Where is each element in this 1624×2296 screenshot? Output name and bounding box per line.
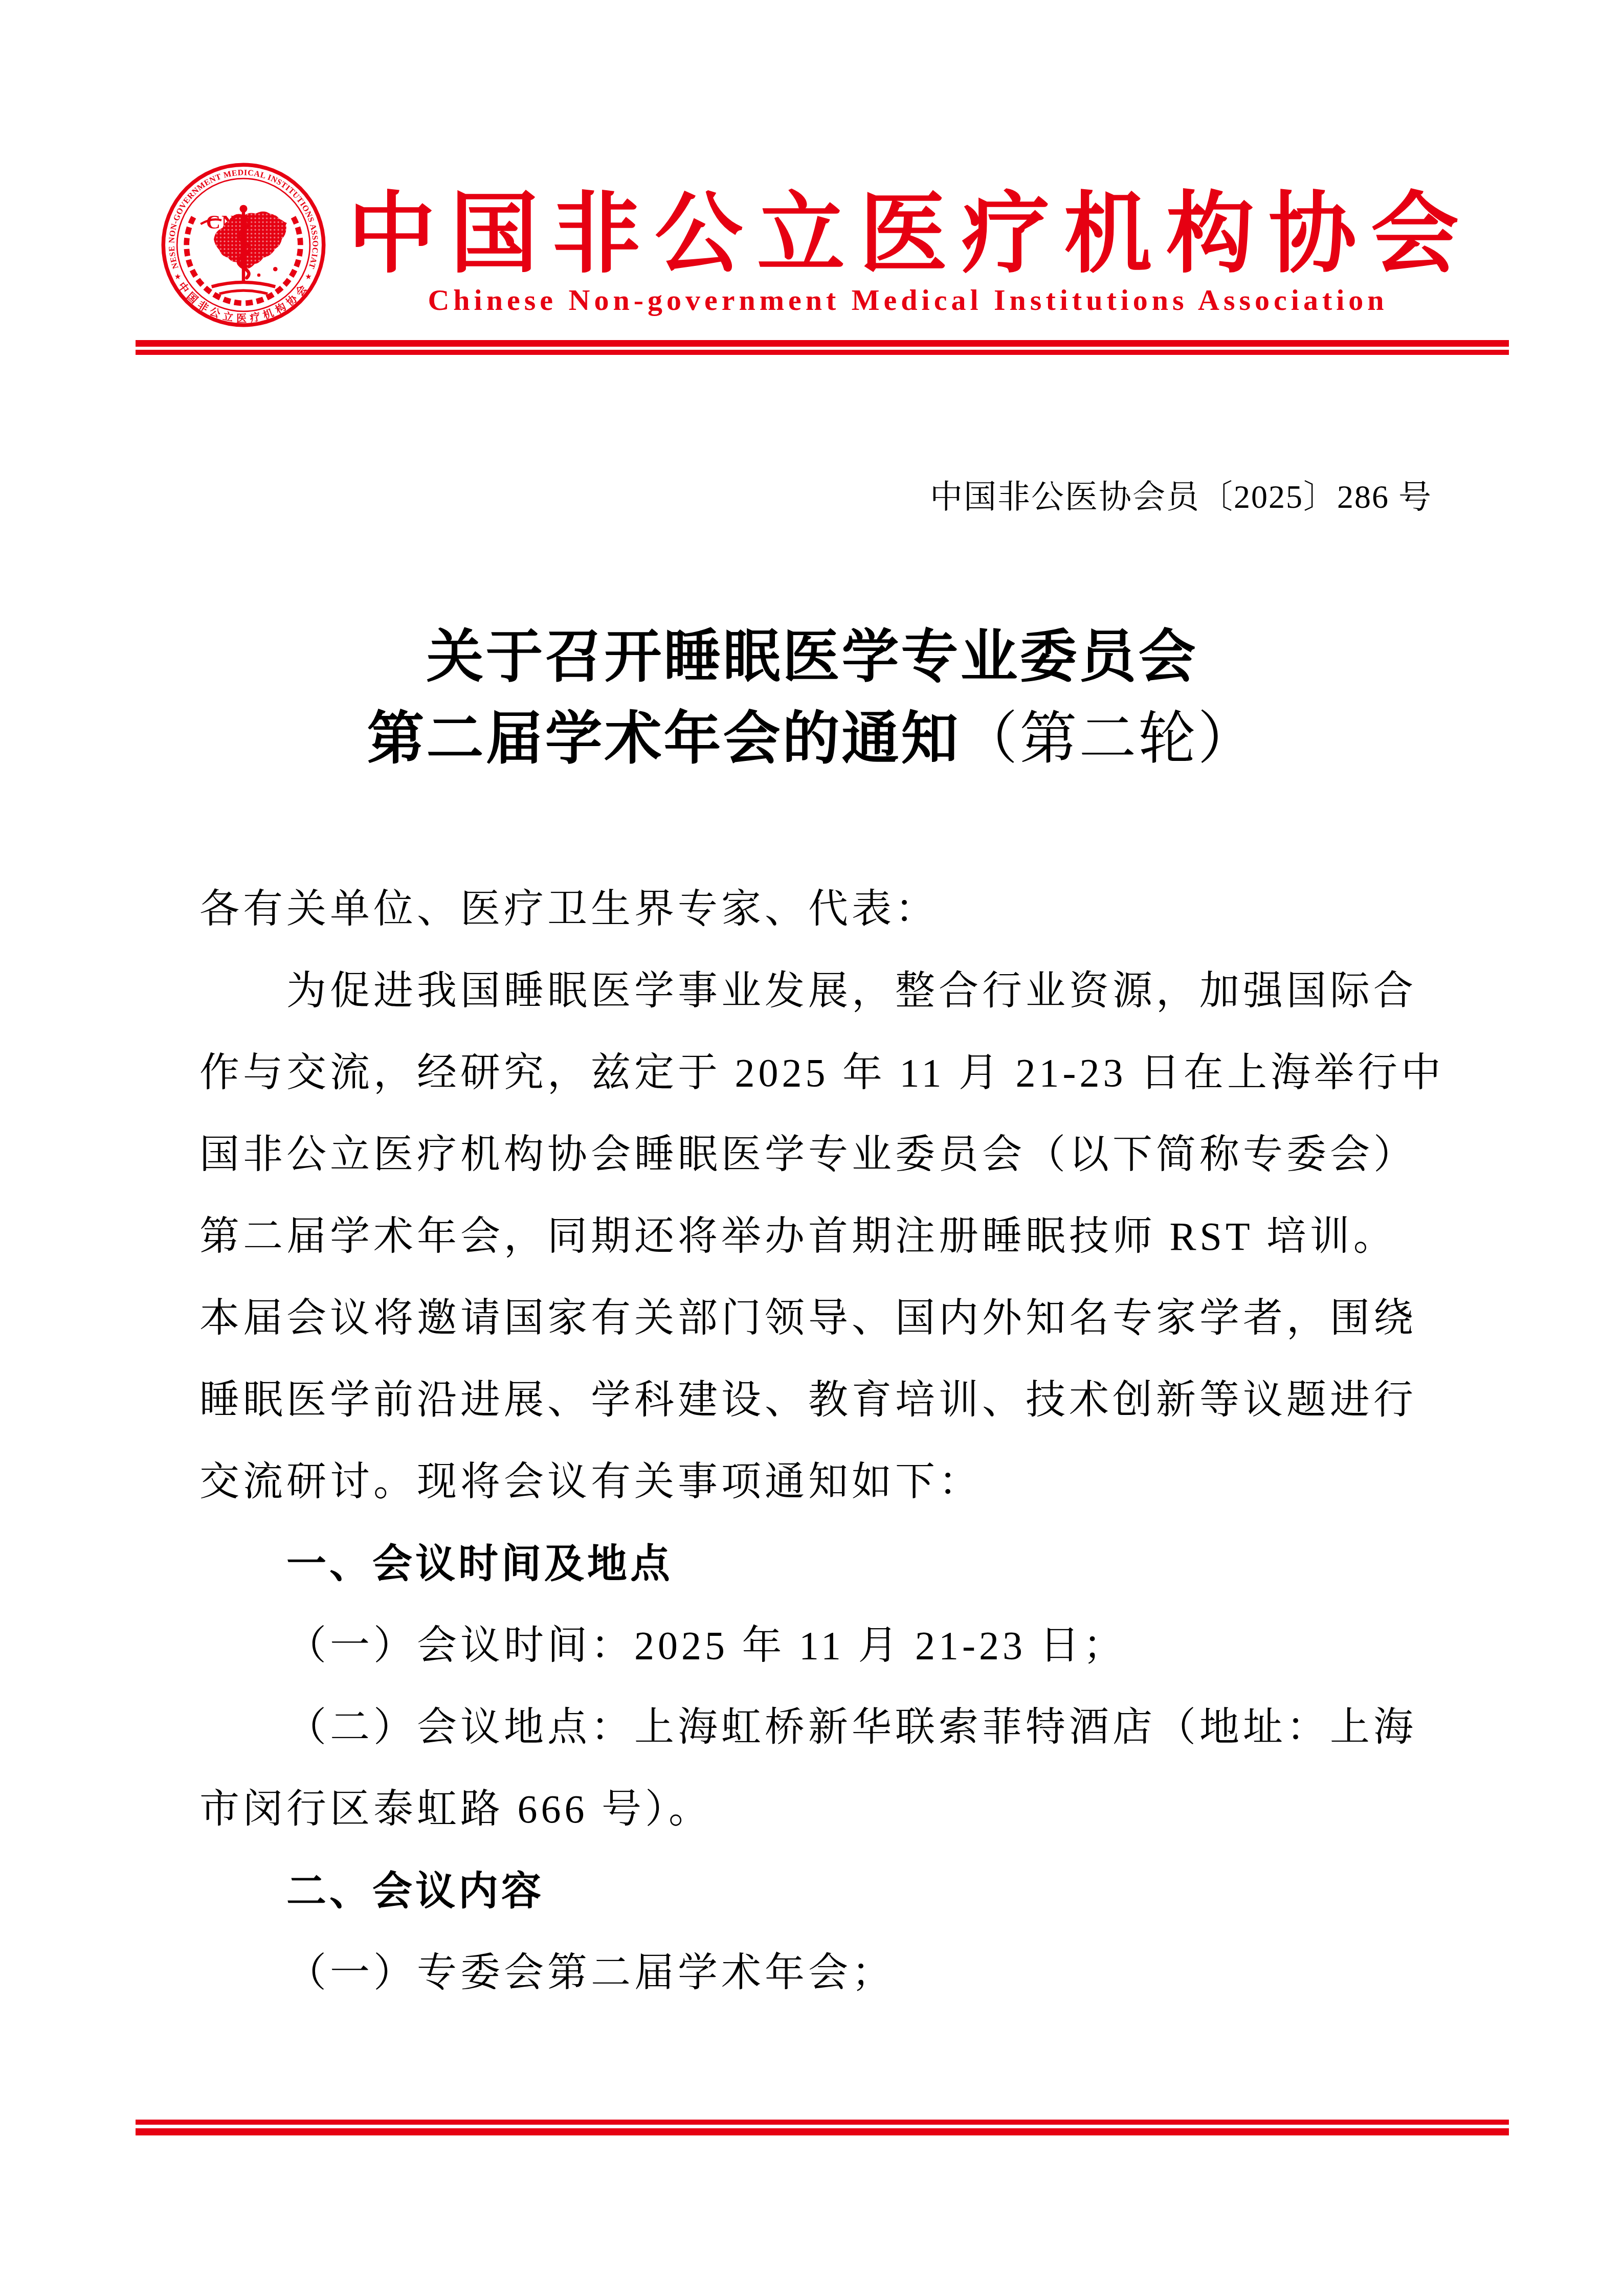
header-rule-thin xyxy=(136,350,1509,355)
body-line: 第二届学术年会，同期还将举办首期注册睡眠技师 RST 培训。 xyxy=(199,1196,1432,1277)
cnmia-seal-logo: CHINESE NON-GOVERNMENT MEDICAL INSTITUTI… xyxy=(161,163,326,327)
body-line: 各有关单位、医疗卫生界专家、代表： xyxy=(199,868,1432,950)
seal-star-left-icon: ★ xyxy=(174,273,181,281)
section-heading: 二、会议内容 xyxy=(199,1850,1432,1932)
document-title-line2: 第二届学术年会的通知（第二轮） xyxy=(0,699,1624,780)
body-line: （一）专委会第二届学术年会； xyxy=(199,1932,1432,2014)
body-line: 市闵行区泰虹路 666 号）。 xyxy=(199,1768,1432,1850)
org-name-english: Chinese Non-government Medical Instituti… xyxy=(332,284,1483,316)
body-line: （二）会议地点：上海虹桥新华联索菲特酒店（地址：上海 xyxy=(199,1686,1432,1768)
document-title-line2-round: （第二轮） xyxy=(961,708,1257,771)
document-body: 各有关单位、医疗卫生界专家、代表：为促进我国睡眠医学事业发展，整合行业资源，加强… xyxy=(199,868,1432,2014)
header-rule-thick xyxy=(136,340,1509,347)
map-island-dot xyxy=(257,274,260,277)
document-title: 关于召开睡眠医学专业委员会 第二届学术年会的通知（第二轮） xyxy=(0,617,1624,780)
staff-rod-icon xyxy=(242,212,245,282)
footer-rule-thick xyxy=(136,2128,1509,2135)
footer-rule-thin xyxy=(136,2120,1509,2125)
staff-knob-icon xyxy=(239,205,247,213)
section-heading: 一、会议时间及地点 xyxy=(199,1523,1432,1605)
document-page: CHINESE NON-GOVERNMENT MEDICAL INSTITUTI… xyxy=(0,0,1624,2296)
document-title-line2-main: 第二届学术年会的通知 xyxy=(367,708,961,771)
seal-star-right-icon: ★ xyxy=(305,273,312,281)
org-name-chinese: 中国非公立医疗机构协会 xyxy=(338,185,1483,285)
body-line: 为促进我国睡眠医学事业发展，整合行业资源，加强国际合 xyxy=(199,950,1432,1032)
body-line: 本届会议将邀请国家有关部门领导、国内外知名专家学者，围绕 xyxy=(199,1277,1432,1359)
document-number: 中国非公医协会员〔2025〕286 号 xyxy=(930,477,1432,517)
document-title-line1: 关于召开睡眠医学专业委员会 xyxy=(0,617,1624,699)
body-line: 交流研讨。现将会议有关事项通知如下： xyxy=(199,1441,1432,1523)
body-line: （一）会议时间：2025 年 11 月 21-23 日； xyxy=(199,1605,1432,1686)
body-line: 睡眠医学前沿进展、学科建设、教育培训、技术创新等议题进行 xyxy=(199,1359,1432,1441)
body-line: 作与交流，经研究，兹定于 2025 年 11 月 21-23 日在上海举行中 xyxy=(199,1032,1432,1114)
body-line: 国非公立医疗机构协会睡眠医学专业委员会（以下简称专委会） xyxy=(199,1114,1432,1196)
map-island-dot xyxy=(273,267,278,272)
